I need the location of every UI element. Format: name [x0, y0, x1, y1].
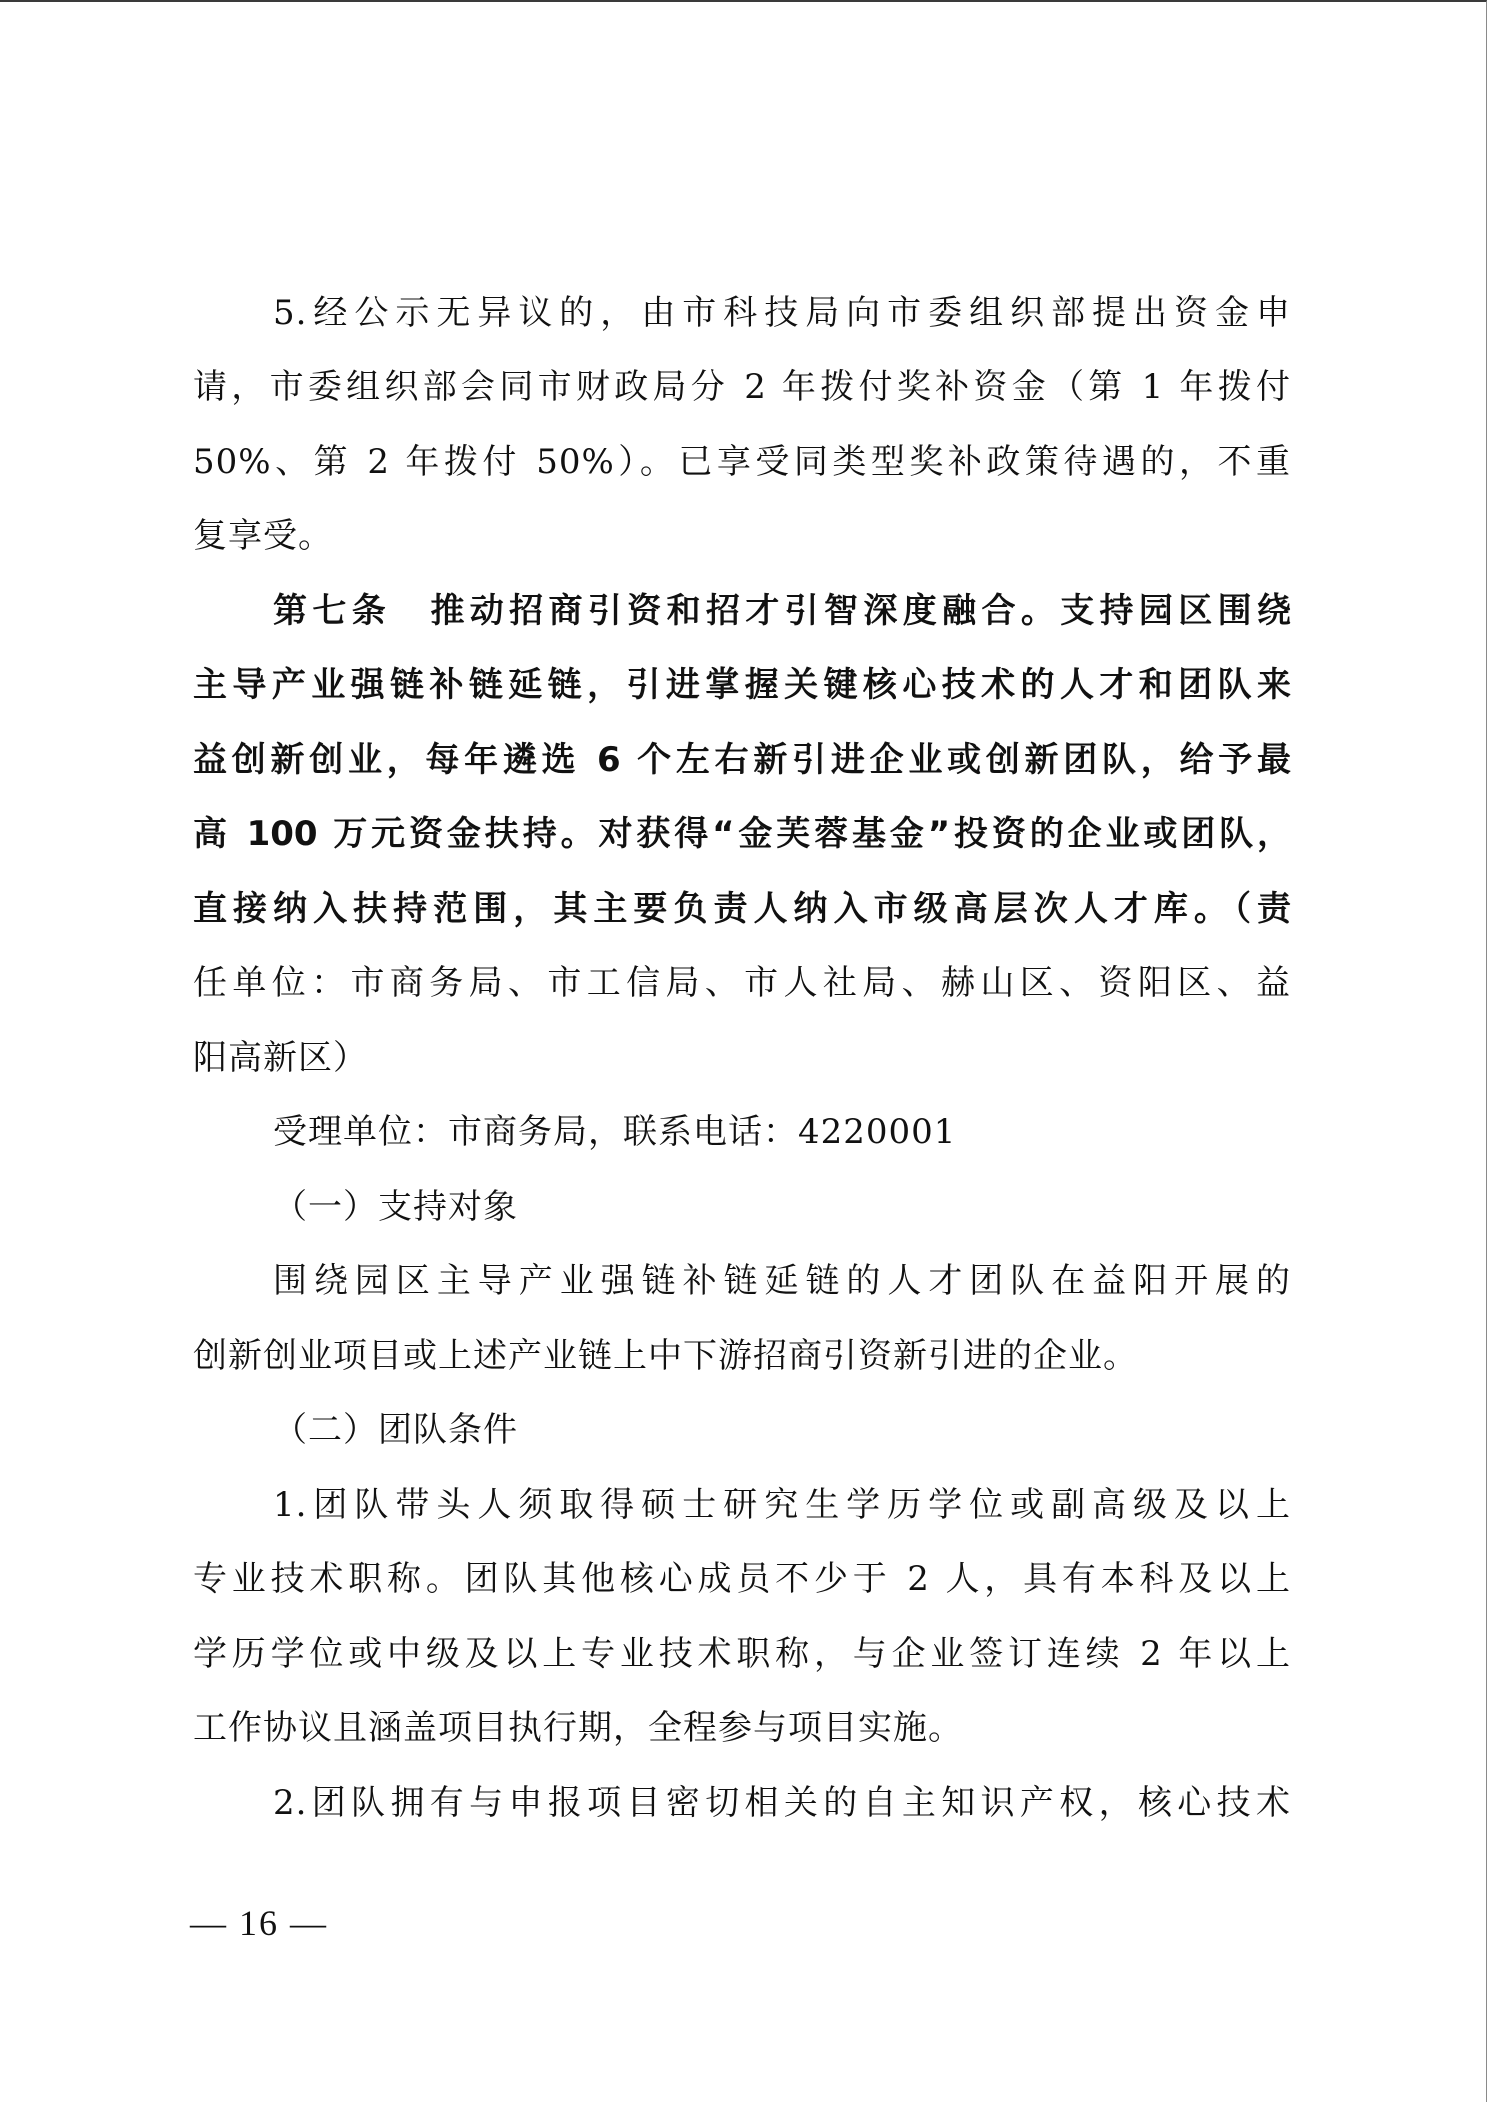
article-7-line-4: 高 100 万元资金扶持。对获得“金芙蓉基金”投资的企业或团队，	[193, 809, 1291, 859]
condition-1-line-4: 工作协议且涵盖项目执行期，全程参与项目实施。	[193, 1703, 1291, 1753]
paragraph-item-5-line-2: 请，市委组织部会同市财政局分 2 年拨付奖补资金（第 1 年拨付	[193, 362, 1291, 412]
condition-2-line-1: 2.团队拥有与申报项目密切相关的自主知识产权，核心技术	[273, 1778, 1291, 1828]
responsible-units-line-2: 阳高新区）	[193, 1033, 1291, 1083]
section-2-heading: （二）团队条件	[273, 1405, 1291, 1455]
condition-1-line-3: 学历学位或中级及以上专业技术职称，与企业签订连续 2 年以上	[193, 1629, 1291, 1679]
accepting-unit-line: 受理单位：市商务局，联系电话：4220001	[273, 1107, 1291, 1157]
paragraph-item-5-line-3: 50%、第 2 年拨付 50%）。已享受同类型奖补政策待遇的，不重	[193, 437, 1291, 487]
section-1-body-line-1: 围绕园区主导产业强链补链延链的人才团队在益阳开展的	[273, 1256, 1291, 1306]
article-7-line-2: 主导产业强链补链延链，引进掌握关键核心技术的人才和团队来	[193, 660, 1291, 710]
document-page: 5.经公示无异议的，由市科技局向市委组织部提出资金申 请，市委组织部会同市财政局…	[0, 0, 1487, 2102]
paragraph-item-5-line-1: 5.经公示无异议的，由市科技局向市委组织部提出资金申	[273, 288, 1291, 338]
condition-1-line-1: 1.团队带头人须取得硕士研究生学历学位或副高级及以上	[273, 1480, 1291, 1530]
paragraph-item-5-line-4: 复享受。	[193, 511, 1291, 561]
page-number: — 16 —	[190, 1898, 328, 1948]
section-1-body-line-2: 创新创业项目或上述产业链上中下游招商引资新引进的企业。	[193, 1331, 1291, 1381]
article-7-line-3: 益创新创业，每年遴选 6 个左右新引进企业或创新团队，给予最	[193, 735, 1291, 785]
section-1-heading: （一）支持对象	[273, 1182, 1291, 1232]
article-7-line-1: 第七条 推动招商引资和招才引智深度融合。支持园区围绕	[273, 586, 1291, 636]
article-7-line-5: 直接纳入扶持范围，其主要负责人纳入市级高层次人才库。（责	[193, 884, 1291, 934]
condition-1-line-2: 专业技术职称。团队其他核心成员不少于 2 人，具有本科及以上	[193, 1554, 1291, 1604]
responsible-units-line-1: 任单位：市商务局、市工信局、市人社局、赫山区、资阳区、益	[193, 958, 1291, 1008]
